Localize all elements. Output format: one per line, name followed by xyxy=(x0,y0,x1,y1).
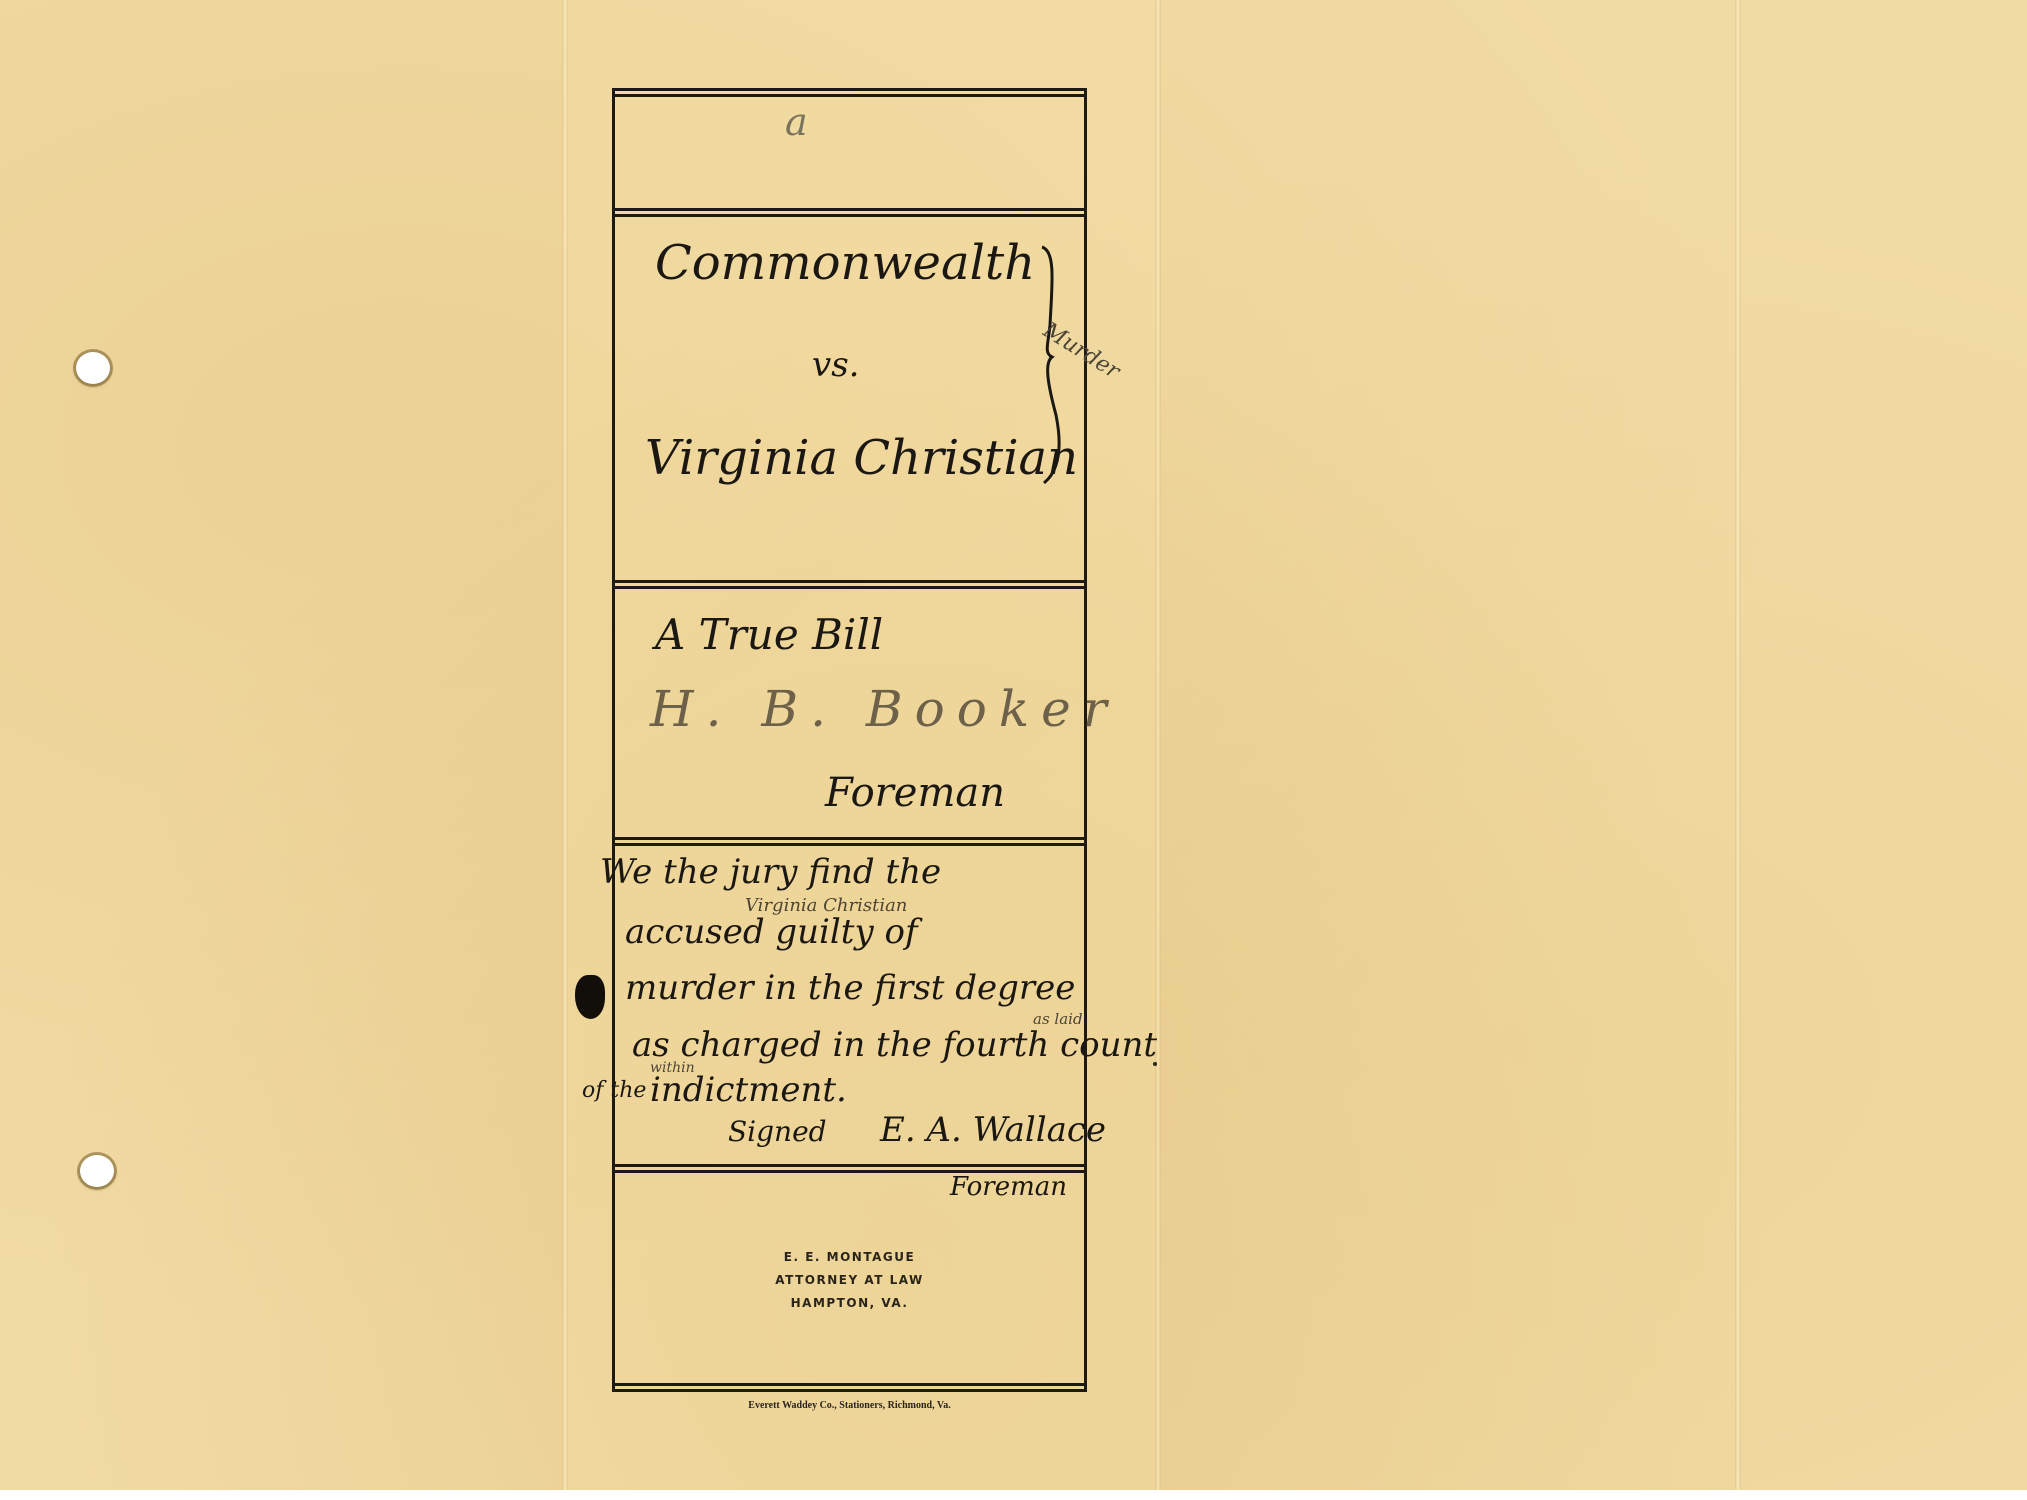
divider-rule xyxy=(612,1383,1087,1392)
ink-dot xyxy=(1153,1062,1157,1066)
divider-rule xyxy=(612,208,1087,217)
top-mark: a xyxy=(785,100,808,144)
verdict-line-2: accused guilty of xyxy=(625,912,918,952)
brace-icon xyxy=(1038,245,1064,485)
verdict-line-3: murder in the first degree xyxy=(625,968,1075,1008)
verdict-margin-note: of the xyxy=(582,1078,646,1103)
divider-rule xyxy=(612,837,1087,846)
plaintiff-name: Commonwealth xyxy=(655,235,1035,291)
divider-rule xyxy=(612,88,1087,97)
verdict-foreman-title: Foreman xyxy=(950,1172,1067,1202)
punch-hole xyxy=(80,1155,114,1187)
verdict-signature: E. A. Wallace xyxy=(880,1110,1106,1150)
verdict-line-5: indictment. xyxy=(650,1070,847,1110)
fold-line xyxy=(1155,0,1161,1490)
defendant-name: Virginia Christian xyxy=(645,430,1078,486)
attorney-location: HAMPTON, VA. xyxy=(612,1296,1087,1310)
verdict-signed-label: Signed xyxy=(728,1115,827,1148)
verdict-line-1: We the jury find the xyxy=(600,852,941,892)
verdict-line-4: as charged in the fourth count xyxy=(632,1025,1157,1065)
versus-label: vs. xyxy=(812,345,859,385)
fold-line xyxy=(1735,0,1741,1490)
true-bill-signature: H. B. Booker xyxy=(650,680,1119,738)
ink-blot xyxy=(575,975,605,1019)
punch-hole xyxy=(76,352,110,384)
divider-rule xyxy=(612,580,1087,589)
fold-line xyxy=(562,0,568,1490)
attorney-title: ATTORNEY AT LAW xyxy=(612,1273,1087,1287)
printer-imprint: Everett Waddey Co., Stationers, Richmond… xyxy=(612,1400,1087,1411)
attorney-name: E. E. MONTAGUE xyxy=(612,1250,1087,1264)
true-bill-heading: A True Bill xyxy=(655,610,883,659)
true-bill-foreman-title: Foreman xyxy=(825,770,1005,816)
